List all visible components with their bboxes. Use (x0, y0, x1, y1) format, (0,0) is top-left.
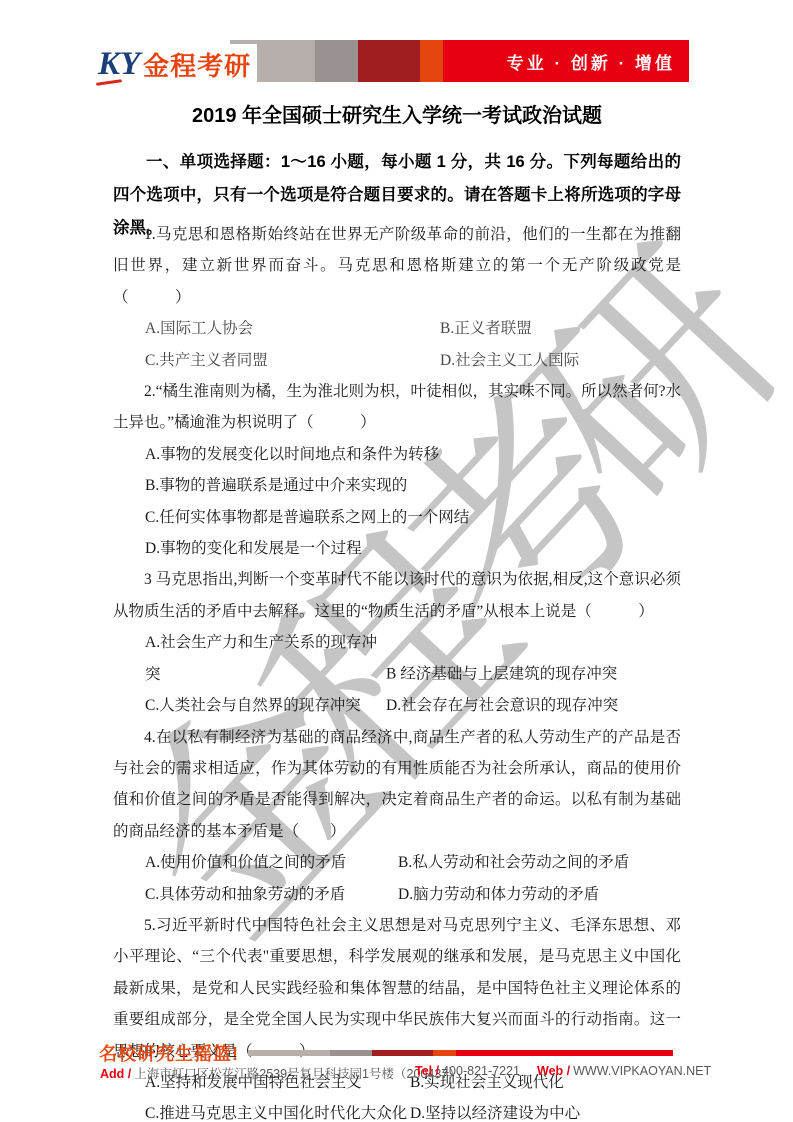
questions: 1.马克思和恩格斯始终站在世界无产阶级革命的前沿，他们的一生都在为推翻旧世界，建… (113, 219, 681, 1122)
option-row: C.任何实体事物都是普遍联系之网上的一个网结 (113, 502, 681, 533)
option-row: C.推进马克思主义中国化时代化大众化D.坚持以经济建设为中心 (113, 1098, 681, 1122)
divider-segment-lightgray (248, 1050, 330, 1056)
option: B.正义者联盟 (440, 320, 532, 337)
footer-telephone: Tel /400-821-7221 (415, 1064, 520, 1078)
option: A.事物的发展变化以时间地点和条件为转移 (145, 446, 439, 463)
question-text: 2.“橘生淮南则为橘，生为淮北则为枳，叶徒相似，其实味不同。所以然者何?水土异也… (113, 376, 681, 439)
logo-swash-icon (96, 79, 122, 86)
footer-contact: Add /上海市虹口区松花江路2539号复旦科技园1号楼（200437） Tel… (100, 1064, 700, 1084)
footer-divider (248, 1050, 673, 1056)
option: C.人类社会与自然界的现存冲突 (145, 690, 386, 721)
divider-segment-red (456, 1050, 673, 1056)
question: 1.马克思和恩格斯始终站在世界无产阶级革命的前沿，他们的一生都在为推翻旧世界，建… (113, 219, 681, 376)
website-text: WWW.VIPKAOYAN.NET (573, 1064, 711, 1078)
banner-segment-midgray (315, 40, 358, 82)
option-row: B.事物的普遍联系是通过中介来实现的 (113, 470, 681, 501)
option: D.社会主义工人国际 (440, 352, 579, 369)
option: B.私人劳动和社会劳动之间的矛盾 (398, 854, 629, 871)
option: D.脑力劳动和体力劳动的矛盾 (398, 886, 599, 903)
address-text: 上海市虹口区松花江路2539号复旦科技园1号楼（200437） (134, 1067, 460, 1081)
option: C.任何实体事物都是普遍联系之网上的一个网结 (145, 509, 469, 526)
banner-segment-orange (420, 40, 443, 82)
footer-slogan: 名校研究生摇篮! (99, 1040, 239, 1066)
option: D.社会存在与社会意识的现存冲突 (386, 697, 618, 714)
option-row: C.人类社会与自然界的现存冲突D.社会存在与社会意识的现存冲突 (113, 690, 681, 721)
option: C.共产主义者同盟 (145, 345, 440, 376)
question: 4.在以私有制经济为基础的商品经济中,商品生产者的私人劳动生产的产品是否与社会的… (113, 722, 681, 910)
option: C.具体劳动和抽象劳动的矛盾 (145, 879, 398, 910)
option: A.使用价值和价值之间的矛盾 (145, 847, 398, 878)
option-row: A.社会生产力和生产关系的现存冲突B 经济基础与上层建筑的现存冲突 (113, 627, 681, 690)
brand-logo: KY 金程考研 (98, 44, 257, 84)
telephone-text: 400-821-7221 (442, 1064, 520, 1078)
question-text: 3 马克思指出,判断一个变革时代不能以该时代的意识为依据,相反,这个意识必须从物… (113, 564, 681, 627)
option-row: D.事物的变化和发展是一个过程 (113, 533, 681, 564)
brand-name: 金程考研 (143, 46, 251, 83)
website-label: Web / (537, 1064, 570, 1078)
divider-segment-orange (433, 1050, 456, 1056)
page-title: 2019 年全国硕士研究生入学统一考试政治试题 (113, 99, 681, 128)
option: B 经济基础与上层建筑的现存冲突 (386, 666, 617, 683)
option-row: C.共产主义者同盟D.社会主义工人国际 (113, 345, 681, 376)
divider-segment-darkred (372, 1050, 433, 1056)
option-row: C.具体劳动和抽象劳动的矛盾D.脑力劳动和体力劳动的矛盾 (113, 879, 681, 910)
option: A.国际工人协会 (145, 313, 440, 344)
option-row: A.国际工人协会B.正义者联盟 (113, 313, 681, 344)
question: 3 马克思指出,判断一个变革时代不能以该时代的意识为依据,相反,这个意识必须从物… (113, 564, 681, 721)
header-banner: 专业 · 创新 · 增值 (230, 40, 689, 82)
divider-segment-midgray (330, 1050, 372, 1056)
option-row: A.事物的发展变化以时间地点和条件为转移 (113, 439, 681, 470)
question-text: 1.马克思和恩格斯始终站在世界无产阶级革命的前沿，他们的一生都在为推翻旧世界，建… (113, 219, 681, 313)
tagline-text: 专业 · 创新 · 增值 (507, 49, 675, 74)
option: A.社会生产力和生产关系的现存冲突 (145, 627, 386, 690)
banner-tagline: 专业 · 创新 · 增值 (443, 40, 689, 82)
footer-address: Add /上海市虹口区松花江路2539号复旦科技园1号楼（200437） (100, 1064, 461, 1082)
footer-website: Web /WWW.VIPKAOYAN.NET (537, 1064, 711, 1078)
ky-logo-icon: KY (98, 48, 140, 81)
option: D.坚持以经济建设为中心 (410, 1105, 580, 1122)
option: C.推进马克思主义中国化时代化大众化 (145, 1098, 410, 1122)
exam-page: { "header": { "logo_ky": "KY", "logo_nam… (0, 0, 793, 1122)
option: B.事物的普遍联系是通过中介来实现的 (145, 477, 407, 494)
option-row: A.使用价值和价值之间的矛盾B.私人劳动和社会劳动之间的矛盾 (113, 847, 681, 878)
telephone-label: Tel / (415, 1064, 439, 1078)
address-label: Add / (100, 1067, 131, 1081)
banner-segment-darkred (358, 40, 420, 82)
option: D.事物的变化和发展是一个过程 (145, 540, 362, 557)
question: 5.习近平新时代中国特色社会主义思想是对马克思列宁主义、毛泽东思想、邓小平理论、… (113, 910, 681, 1122)
question-text: 4.在以私有制经济为基础的商品经济中,商品生产者的私人劳动生产的产品是否与社会的… (113, 722, 681, 848)
question: 2.“橘生淮南则为橘，生为淮北则为枳，叶徒相似，其实味不同。所以然者何?水土异也… (113, 376, 681, 564)
